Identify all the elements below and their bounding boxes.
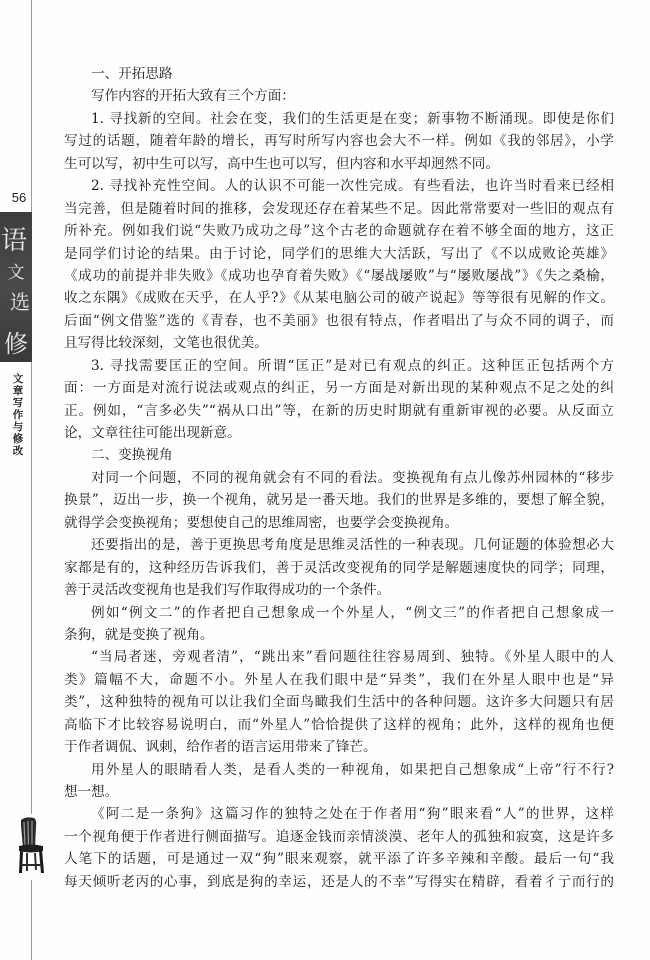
paragraph-line: 写作内容的开拓大致有三个方面： (64, 85, 614, 107)
paragraph-line: 1. 寻找新的空间。社会在变，我们的生活更是在变；新事物不断涌现。即使是你们 (64, 108, 614, 130)
paragraph-line: 想一想。 (64, 781, 614, 803)
paragraph-line: 论，文章往往可能出现新意。 (64, 422, 614, 444)
paragraph-line: 条狗，就是变换了视角。 (64, 624, 614, 646)
page-number: 56 (8, 190, 30, 205)
body-text: 一、开拓思路 写作内容的开拓大致有三个方面： 1. 寻找新的空间。社会在变，我们… (64, 63, 614, 893)
paragraph-line: 对同一个问题，不同的视角就会有不同的看法。变换视角有点儿像苏州园林的“移步 (64, 467, 614, 489)
chapter-title-char: 改 (10, 445, 26, 457)
series-title-char: 语 (0, 220, 30, 257)
margin-rule (31, 880, 32, 960)
paragraph-line: 类》篇幅不大，命题不小。外星人在我们眼中是“异类”，我们在外星人眼中也是“异 (64, 669, 614, 691)
paragraph-line: 家都是有的，这种经历告诉我们，善于灵活改变视角的同学是解题速度快的同学；同理， (64, 557, 614, 579)
paragraph-line: 还要指出的是，善于更换思考角度是思维灵活性的一种表现。几何证题的体验想必大 (64, 534, 614, 556)
paragraph-line: 一个视角便于作者进行侧面描写。追逐金钱而亲情淡漠、老年人的孤独和寂寞，这是许多 (64, 826, 614, 848)
chair-icon (14, 816, 46, 876)
paragraph-line: 高临下才比较容易说明白，而“外星人”恰恰提供了这样的视角；此外，这样的视角也便 (64, 714, 614, 736)
section-heading: 一、开拓思路 (64, 63, 614, 85)
paragraph-line: 换景”，迈出一步，换一个视角，就另是一番天地。我们的世界是多维的，要想了解全貌， (64, 489, 614, 511)
series-title-char: 文 (0, 258, 32, 283)
paragraph-line: 于作者调侃、讽刺，给作者的语言运用带来了锋芒。 (64, 736, 614, 758)
chapter-title-char: 写 (10, 397, 26, 409)
section-heading: 二、变换视角 (64, 444, 614, 466)
margin-rule (31, 0, 32, 212)
paragraph-line: 每天倾听老丙的心事，到底是狗的幸运，还是人的不幸”写得实在精辟，看着彳亍而行的 (64, 871, 614, 893)
paragraph-line: 例如“例文二”的作者把自己想象成一个外星人，“例文三”的作者把自己想象成一 (64, 602, 614, 624)
paragraph-line: 面：一方面是对流行说法或观点的纠正，另一方面是对新出现的某种观点不足之处的纠 (64, 377, 614, 399)
chapter-title-char: 与 (10, 421, 26, 433)
paragraph-line: 生可以写，初中生可以写，高中生也可以写，但内容和水平却迥然不同。 (64, 153, 614, 175)
chapter-title-char: 作 (10, 409, 26, 421)
series-title-char: 选 (4, 286, 36, 315)
paragraph-line: “当局者迷，旁观者清”，“跳出来”看问题往往容易周到、独特。《外星人眼中的人 (64, 646, 614, 668)
series-title-band: 语 文 选 修 (0, 212, 32, 362)
paragraph-line: 用外星人的眼睛看人类，是看人类的一种视角，如果把自己想象成“上帝”行不行? (64, 759, 614, 781)
chapter-title-char: 章 (10, 385, 26, 397)
paragraph-line: 2. 寻找补充性空间。人的认识不可能一次性完成。有些看法，也许当时看来已经相 (64, 175, 614, 197)
chapter-title-char: 文 (10, 373, 26, 385)
chapter-title-char: 修 (10, 433, 26, 445)
paragraph-line: 是同学们讨论的结果。由于讨论，同学们的思维大大活跃，写出了《不以成败论英雄》 (64, 243, 614, 265)
series-title-char: 修 (0, 324, 32, 359)
margin-rule (31, 362, 32, 814)
paragraph-line: 写过的话题，随着年龄的增长，再写时所写内容也会大不一样。例如《我的邻居》，小学 (64, 130, 614, 152)
paragraph-line: 就得学会变换视角；要想使自己的思维周密，也要学会变换视角。 (64, 512, 614, 534)
paragraph-line: 后面“例文借鉴”选的《青春，也不美丽》也很有特点，作者唱出了与众不同的调子，而 (64, 310, 614, 332)
paragraph-line: 善于灵活改变视角也是我们写作取得成功的一个条件。 (64, 579, 614, 601)
paragraph-line: 所补充。例如我们说“失败乃成功之母”这个古老的命题就存在着不够全面的地方，这正 (64, 220, 614, 242)
paragraph-line: 收之东隅》《成败在天乎，在人乎?》《从某电脑公司的破产说起》等等很有见解的作文。 (64, 287, 614, 309)
paragraph-line: 正。例如，“言多必失”“祸从口出”等，在新的历史时期就有重新审视的必要。从反面立 (64, 400, 614, 422)
paragraph-line: 3. 寻找需要匡正的空间。所谓“匡正”是对已有观点的纠正。这种匡正包括两个方 (64, 355, 614, 377)
paragraph-line: 类”，这种独特的视角可以让我们全面鸟瞰我们生活中的各种问题。这许多大问题只有居 (64, 691, 614, 713)
paragraph-line: 《成功的前提并非失败》《成功也孕育着失败》《“屡战屡败”与“屡败屡战”》《失之桑… (64, 265, 614, 287)
paragraph-line: 《阿二是一条狗》这篇习作的独特之处在于作者用“狗”眼来看“人”的世界，这样 (64, 803, 614, 825)
paragraph-line: 当完善，但是随着时间的推移，会发现还存在着某些不足。因此常常要对一些旧的观点有 (64, 198, 614, 220)
paragraph-line: 且写得比较深刻，文笔也很优美。 (64, 332, 614, 354)
paragraph-line: 人笔下的话题，可是通过一双“狗”眼来观察，就平添了许多辛辣和辛酸。最后一句“我 (64, 848, 614, 870)
textbook-page: 56 语 文 选 修 文 章 写 作 与 修 改 一、开拓思路 (0, 0, 650, 960)
chapter-title-vertical: 文 章 写 作 与 修 改 (10, 373, 26, 457)
